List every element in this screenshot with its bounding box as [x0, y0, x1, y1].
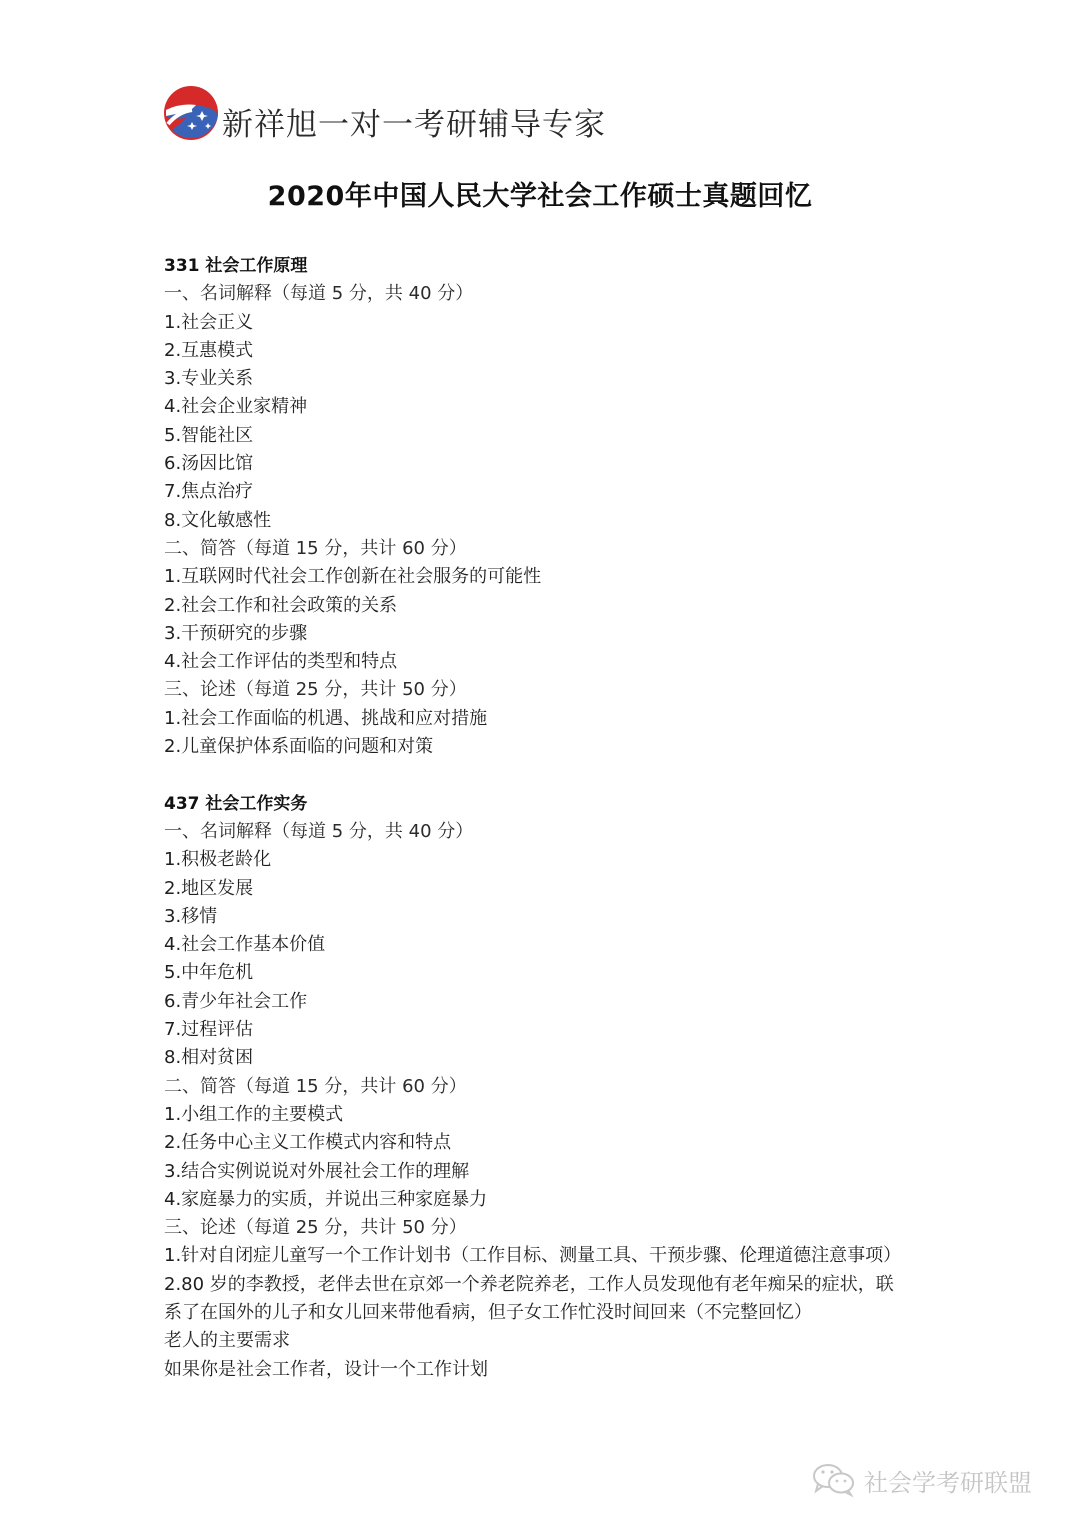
list-item: 3.结合实例说说对外展社会工作的理解	[164, 1158, 944, 1186]
list-item: 3.干预研究的步骤	[164, 620, 944, 648]
list-item: 1.社会正义	[164, 309, 944, 337]
list-item: 2.社会工作和社会政策的关系	[164, 592, 944, 620]
brand-text: 新祥旭一对一考研辅导专家	[222, 108, 606, 142]
section-heading: 一、名词解释（每道 5 分，共 40 分）	[164, 280, 944, 308]
subject-heading: 331 社会工作原理	[164, 252, 944, 280]
list-item: 3.专业关系	[164, 365, 944, 393]
list-item: 6.汤因比馆	[164, 450, 944, 478]
list-item: 老人的主要需求	[164, 1327, 944, 1355]
document-title: 2020年中国人民大学社会工作硕士真题回忆	[0, 174, 1080, 213]
list-item: 4.社会工作评估的类型和特点	[164, 648, 944, 676]
section-heading: 三、论述（每道 25 分，共计 50 分）	[164, 1214, 944, 1242]
wechat-icon	[812, 1462, 856, 1498]
list-item: 1.社会工作面临的机遇、挑战和应对措施	[164, 705, 944, 733]
section-heading: 一、名词解释（每道 5 分，共 40 分）	[164, 818, 944, 846]
list-item: 4.社会企业家精神	[164, 393, 944, 421]
list-item: 6.青少年社会工作	[164, 988, 944, 1016]
subject-437: 437 社会工作实务 一、名词解释（每道 5 分，共 40 分） 1.积极老龄化…	[164, 790, 944, 1384]
list-item: 4.家庭暴力的实质，并说出三种家庭暴力	[164, 1186, 944, 1214]
subject-heading: 437 社会工作实务	[164, 790, 944, 818]
list-item: 8.文化敏感性	[164, 507, 944, 535]
list-item: 1.积极老龄化	[164, 846, 944, 874]
list-item: 7.过程评估	[164, 1016, 944, 1044]
list-item: 3.移情	[164, 903, 944, 931]
header-brand: 新祥旭一对一考研辅导专家	[162, 78, 606, 142]
list-item: 2.80 岁的李教授，老伴去世在京郊一个养老院养老，工作人员发现他有老年痴呆的症…	[164, 1271, 944, 1299]
document-body: 331 社会工作原理 一、名词解释（每道 5 分，共 40 分） 1.社会正义 …	[164, 252, 944, 1384]
list-item: 5.智能社区	[164, 422, 944, 450]
brand-logo-icon	[162, 84, 220, 142]
list-item: 2.地区发展	[164, 875, 944, 903]
list-item: 1.互联网时代社会工作创新在社会服务的可能性	[164, 563, 944, 591]
watermark-text: 社会学考研联盟	[864, 1463, 1032, 1498]
list-item: 系了在国外的儿子和女儿回来带他看病，但子女工作忙没时间回来（不完整回忆）	[164, 1299, 944, 1327]
list-item: 2.任务中心主义工作模式内容和特点	[164, 1129, 944, 1157]
list-item: 1.针对自闭症儿童写一个工作计划书（工作目标、测量工具、干预步骤、伦理道德注意事…	[164, 1242, 944, 1270]
list-item: 如果你是社会工作者，设计一个工作计划	[164, 1356, 944, 1384]
list-item: 7.焦点治疗	[164, 478, 944, 506]
section-heading: 三、论述（每道 25 分，共计 50 分）	[164, 676, 944, 704]
list-item: 2.互惠模式	[164, 337, 944, 365]
section-heading: 二、简答（每道 15 分，共计 60 分）	[164, 1073, 944, 1101]
list-item: 4.社会工作基本价值	[164, 931, 944, 959]
section-heading: 二、简答（每道 15 分，共计 60 分）	[164, 535, 944, 563]
list-item: 8.相对贫困	[164, 1044, 944, 1072]
list-item: 1.小组工作的主要模式	[164, 1101, 944, 1129]
blank-line	[164, 761, 944, 789]
watermark: 社会学考研联盟	[812, 1462, 1032, 1498]
list-item: 5.中年危机	[164, 959, 944, 987]
list-item: 2.儿童保护体系面临的问题和对策	[164, 733, 944, 761]
subject-331: 331 社会工作原理 一、名词解释（每道 5 分，共 40 分） 1.社会正义 …	[164, 252, 944, 761]
